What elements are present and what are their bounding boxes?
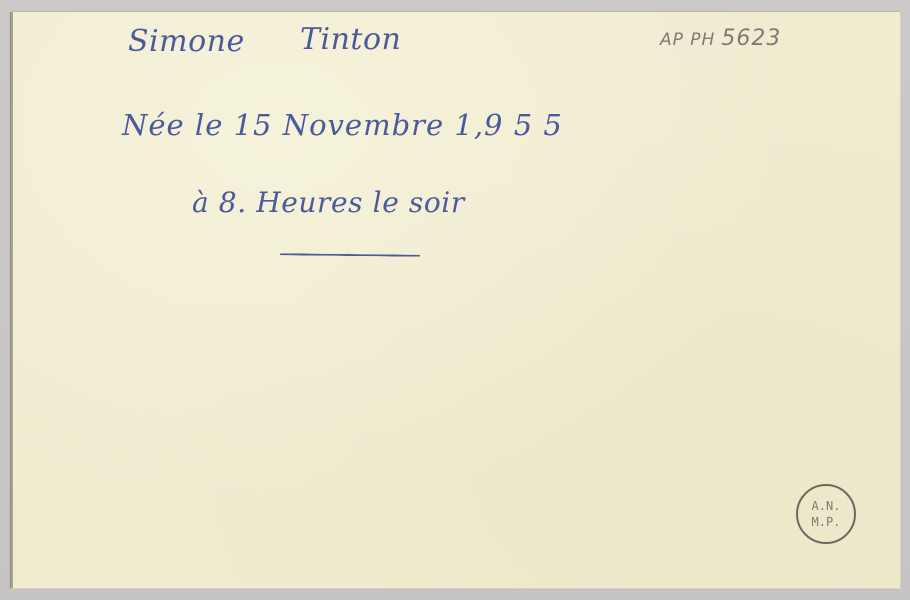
- stamp-line-2: M.P.: [812, 514, 841, 530]
- catalog-number: AP PH5623: [660, 26, 781, 51]
- catalog-prefix: AP PH: [660, 30, 715, 50]
- handwritten-birth-time: à 8. Heures le soir: [192, 186, 465, 219]
- catalog-id: 5623: [721, 26, 781, 51]
- handwritten-birth-date: Née le 15 Novembre 1,9 5 5: [122, 108, 563, 142]
- archive-stamp-icon: A.N. M.P.: [796, 484, 856, 544]
- handwritten-last-name: Tinton: [300, 22, 401, 57]
- archival-card: AP PH5623: [11, 12, 900, 588]
- stamp-line-1: A.N.: [812, 498, 841, 514]
- handwritten-first-name: Simone: [128, 24, 245, 59]
